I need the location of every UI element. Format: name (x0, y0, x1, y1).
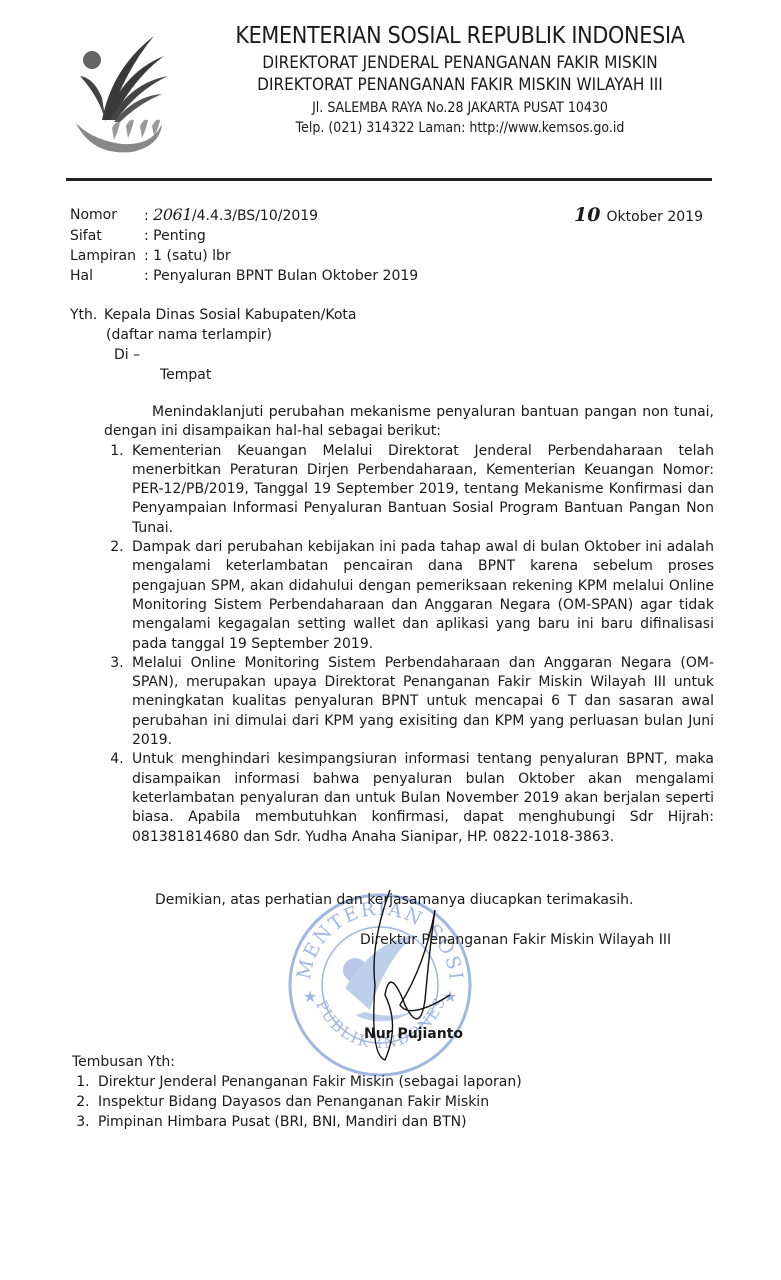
addressee-line: Kepala Dinas Sosial Kabupaten/Kota (104, 307, 356, 323)
meta-label: Nomor (70, 205, 144, 226)
meta-value: : Penyaluran BPNT Bulan Oktober 2019 (144, 266, 418, 286)
list-item: Pimpinan Himbara Pusat (BRI, BNI, Mandir… (94, 1112, 522, 1132)
list-item: Melalui Online Monitoring Sistem Perbend… (128, 654, 714, 750)
cc-list: Direktur Jenderal Penanganan Fakir Miski… (72, 1072, 522, 1132)
addressee-line: Tempat (70, 365, 356, 385)
list-item: Inspektur Bidang Dayasos dan Penanganan … (94, 1092, 522, 1112)
letter-meta: Nomor : 2061/4.4.3/BS/10/2019 Sifat : Pe… (70, 205, 418, 286)
addressee-line: Di – (70, 345, 356, 365)
letterhead-divider (66, 178, 712, 181)
meta-label: Lampiran (70, 246, 144, 266)
points-list: Kementerian Keuangan Melalui Direktorat … (104, 442, 714, 847)
meta-hal: Hal : Penyaluran BPNT Bulan Oktober 2019 (70, 266, 418, 286)
directorate-name: DIREKTORAT PENANGANAN FAKIR MISKIN WILAY… (208, 74, 712, 96)
ministry-name: KEMENTERIAN SOSIAL REPUBLIK INDONESIA (208, 22, 712, 50)
letter-body: Menindaklanjuti perubahan mekanisme peny… (104, 403, 714, 847)
kemensos-logo-icon (72, 28, 172, 158)
intro-paragraph: Menindaklanjuti perubahan mekanisme peny… (104, 403, 714, 442)
carbon-copy: Tembusan Yth: Direktur Jenderal Penangan… (80, 1052, 522, 1132)
list-item: Untuk menghindari kesimpangsiuran inform… (128, 750, 714, 846)
handwritten-day: 10 (574, 204, 600, 226)
closing-paragraph: Demikian, atas perhatian dan kerjasamany… (155, 890, 633, 910)
meta-nomor: Nomor : 2061/4.4.3/BS/10/2019 (70, 205, 418, 226)
meta-label: Sifat (70, 226, 144, 246)
signatory-name: Nur Pujianto (364, 1026, 463, 1042)
svg-text:★: ★ (303, 987, 317, 1006)
addressee-prefix: Yth. (70, 305, 104, 325)
office-address: Jl. SALEMBA RAYA No.28 JAKARTA PUSAT 104… (208, 98, 712, 118)
office-contact: Telp. (021) 314322 Laman: http://www.kem… (208, 118, 712, 138)
addressee: Yth.Kepala Dinas Sosial Kabupaten/Kota (… (70, 305, 356, 385)
meta-label: Hal (70, 266, 144, 286)
list-item: Kementerian Keuangan Melalui Direktorat … (128, 442, 714, 538)
signatory-title: Direktur Penanganan Fakir Miskin Wilayah… (360, 930, 671, 950)
meta-value: : 2061/4.4.3/BS/10/2019 (144, 205, 318, 226)
list-item: Dampak dari perubahan kebijakan ini pada… (128, 538, 714, 654)
letter-date: 10Oktober 2019 (574, 205, 703, 227)
directorate-general-name: DIREKTORAT JENDERAL PENANGANAN FAKIR MIS… (208, 52, 712, 74)
meta-value: : Penting (144, 226, 206, 246)
cc-heading: Tembusan Yth: (72, 1052, 522, 1072)
list-item: Direktur Jenderal Penanganan Fakir Miski… (94, 1072, 522, 1092)
addressee-line: (daftar nama terlampir) (70, 325, 356, 345)
handwritten-number: 2061 (153, 205, 192, 224)
letterhead: KEMENTERIAN SOSIAL REPUBLIK INDONESIA DI… (180, 22, 740, 138)
meta-value: : 1 (satu) lbr (144, 246, 231, 266)
meta-lampiran: Lampiran : 1 (satu) lbr (70, 246, 418, 266)
meta-sifat: Sifat : Penting (70, 226, 418, 246)
